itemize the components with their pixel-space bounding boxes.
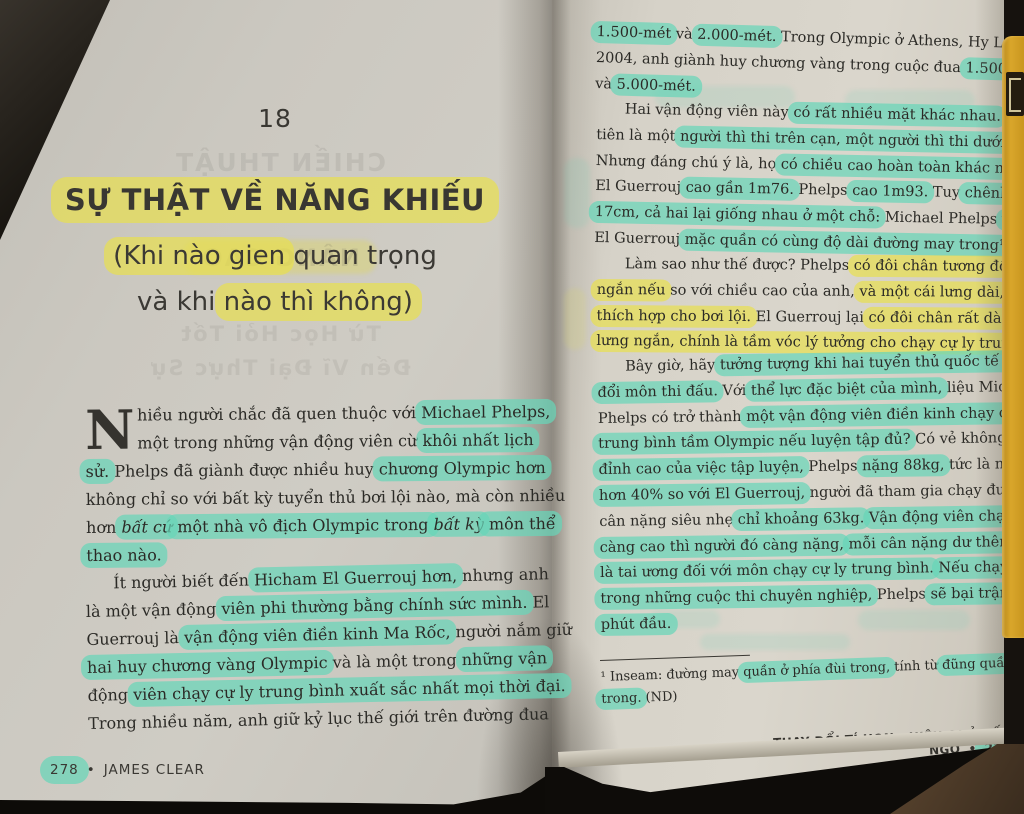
text-line: sử. Phelps đã giành được nhiều huy chươn… (85, 454, 527, 486)
highlight-cyan: có chiều cao hoàn toàn khác nhau. (775, 153, 1024, 180)
text-run: El Guerrouj (594, 230, 685, 248)
text-run: hiều người chắc đã quen thuộc với (137, 403, 421, 424)
text-run: và là một trong (327, 650, 462, 672)
highlight-cyan: 1.500-mét (959, 57, 1024, 81)
text-run: Phelps (872, 587, 930, 604)
highlight-cyan: vận động viên điền kinh Ma Rốc, (178, 619, 457, 650)
highlight-yellow: và một cái lưng dài, vô cùng (853, 281, 1024, 305)
text-run: Có vẻ không. Tại (910, 431, 1024, 449)
chapter-subtitle: (Khi nào gien quan trọngvà khi nào thì k… (40, 233, 510, 325)
text-run: cân nặng siêu nhẹ (599, 512, 738, 530)
highlight-yellow: (Khi nào gien (104, 237, 294, 275)
text-run: quan trọng (285, 241, 437, 271)
highlight-cyan: 2.000-mét. (691, 24, 783, 49)
footer-separator: • (87, 762, 96, 778)
text-line: một trong những vận động viên cừ khôi nh… (137, 426, 527, 457)
highlight-cyan: một nhà vô địch Olympic trong (166, 512, 440, 539)
author-name: JAMES CLEAR (104, 762, 205, 778)
book-photo: CHIẾN THUẬT NÂNG CAO Từ Học Hỏi Tốt Đến … (0, 0, 1024, 814)
highlight-cyan: trung bình tầm Olympic nếu luyện tập đủ? (592, 429, 917, 456)
chapter-title: SỰ THẬT VỀ NĂNG KHIẾU (40, 183, 510, 217)
highlight-cyan: 17cm, cả hai lại giống nhau ở một chỗ: (589, 201, 887, 229)
text-line: thích hợp cho bơi lội. El Guerrouj lại c… (596, 304, 1010, 333)
text-run: một trong những vận động viên cừ (137, 431, 422, 452)
text-run: Phelps đã giành được nhiều huy (109, 459, 379, 480)
highlight-cyan: khôi nhất lịch (416, 427, 539, 453)
chapter-number: 18 (40, 104, 510, 133)
text-run: Phelps có trở thành (598, 409, 747, 427)
highlight-cyan: đổi môn thi đấu. (591, 380, 724, 404)
text-run: động (87, 685, 133, 705)
text-run: (Đầu (1001, 109, 1024, 126)
text-run: người đã tham gia chạy đua với (805, 482, 1024, 501)
text-run: Hai vận động viên này (625, 102, 794, 121)
text-run: Bây giờ, hãy (625, 358, 720, 375)
text-run: El Guerrouj (595, 179, 686, 197)
highlight-cyan: trong. (595, 687, 648, 710)
text-run: ¹ Inseam: đường may (600, 665, 743, 685)
text-run: liệu Michael (942, 379, 1024, 396)
highlight-cyan: viên phi thường bằng chính sức mình. (215, 590, 534, 622)
text-run: tức là nặng (944, 456, 1024, 473)
highlight-cyan: có rất nhiều mặt khác nhau. (787, 102, 1007, 128)
highlight-cyan: hai huy chương vàng Olympic (81, 650, 334, 680)
text-run: không chỉ so với bất kỳ tuyển thủ bơi lộ… (86, 486, 566, 509)
highlight-cyan: Michael Phelps, (415, 399, 556, 425)
highlight-cyan: môn thể (478, 511, 562, 537)
highlight-cyan: đũng quần đến mắt cá chân (936, 648, 1024, 676)
right-page-body: 1.500-mét và 2.000-mét. Trong Olympic ở … (597, 20, 1011, 639)
paragraph: Nhiều người chắc đã quen thuộc với Micha… (85, 398, 528, 570)
paragraph: Ít người biết đến Hicham El Guerrouj hơn… (85, 561, 530, 738)
chapter-heading: 18 SỰ THẬT VỀ NĂNG KHIẾU (Khi nào gien q… (40, 104, 510, 325)
text-run: El (527, 592, 549, 611)
highlight-cyan: cao 1m93. (846, 181, 935, 205)
text-line: Làm sao như thế được? Phelps có đôi chân… (597, 252, 1011, 281)
paragraph: Làm sao như thế được? Phelps có đôi chân… (596, 252, 1011, 358)
highlight-cyan: là tai ương đối với môn chạy cự ly trung… (594, 558, 940, 585)
text-line: hơn bất cứ một nhà vô địch Olympic trong… (86, 510, 528, 542)
text-run: Trong nhiều năm, anh giữ kỷ lục thế giới… (88, 704, 549, 733)
highlight-cyan: chênh nhau (958, 183, 1024, 207)
text-line: hiều người chắc đã quen thuộc với Michae… (137, 398, 527, 429)
page-number-left: 278 (40, 756, 89, 784)
highlight-yellow: nào thì không) (215, 283, 422, 321)
highlight-yellow: có đôi chân tương đối (848, 255, 1019, 278)
page-number-right: 279 (974, 734, 1021, 762)
text-run: nhưng anh (457, 564, 549, 585)
text-run: Làm sao như thế được? Phelps (625, 256, 854, 274)
left-page-body: Nhiều người chắc đã quen thuộc với Micha… (85, 402, 527, 738)
highlight-cyan: tưởng tượng khi hai tuyển thủ quốc tế nà… (714, 350, 1024, 376)
text-run: so với chiều cao của anh, (665, 282, 859, 299)
text-run: El Guerrouj lại (751, 309, 869, 326)
text-run: Nhưng đáng chú ý là, họ (596, 153, 781, 173)
text-run: và khi (137, 287, 224, 317)
highlight-cyan: phút đầu. (595, 613, 678, 636)
highlight-cyan: thao nào. (80, 542, 167, 568)
highlight-cyan: 1.500-mét (590, 21, 677, 45)
text-run: Michael Phelps (880, 210, 1002, 228)
paragraph: Hai vận động viên này có rất nhiều mặt k… (594, 97, 1011, 260)
highlight-yellow: có đôi chân rất dài và (863, 307, 1024, 330)
text-run: Phelps (794, 183, 853, 200)
highlight-cyan: những vận (455, 645, 553, 672)
chapter-title-highlight: SỰ THẬT VỀ NĂNG KHIẾU (51, 177, 499, 223)
highlight-cyan: sẽ bại trận ngay (924, 582, 1024, 606)
paragraph: Bây giờ, hãy tưởng tượng khi hai tuyển t… (597, 350, 1015, 640)
paragraph: 1.500-mét và 2.000-mét. Trong Olympic ở … (595, 20, 1011, 109)
text-run: Guerrouj là (86, 628, 184, 649)
highlight-cyan: mỗi cân nặng dư thêm đều (842, 531, 1024, 556)
highlight-cyan: nặng 88kg, (856, 455, 951, 478)
text-run: người nắm giữ (450, 620, 572, 642)
text-run: là một vận động (86, 599, 222, 621)
text-line: (Khi nào gien quan trọng (40, 233, 510, 279)
text-run: Trong Olympic ở Athens, Hy Lạp (776, 29, 1021, 52)
text-run: (ND) (641, 689, 678, 705)
highlight-cyan: đỉnh cao của việc tập luyện, (592, 457, 810, 482)
highlight-cyan: trong những cuộc thi chuyên nghiệp, (594, 585, 878, 611)
text-run: Phelps (804, 459, 862, 476)
drop-cap: N (85, 405, 135, 455)
text-line: không chỉ so với bất kỳ tuyển thủ bơi lộ… (86, 482, 528, 514)
highlight-cyan: hơn 40% so với El Guerrouj, (593, 482, 811, 507)
text-line: ngắn nếu so với chiều cao của anh, và mộ… (597, 278, 1011, 307)
highlight-yellow: ngắn nếu (591, 279, 672, 302)
highlight-cyan: và Hicham (996, 209, 1024, 233)
highlight-yellow: thích hợp cho bơi lội. (590, 305, 757, 328)
highlight-cyan: chương Olympic hơn (373, 455, 552, 482)
highlight-cyan: quần ở phía đùi trong, (737, 657, 897, 684)
highlight-cyan: chỉ khoảng 63kg. (732, 507, 871, 531)
highlight-cyan: thể lực đặc biệt của mình, (745, 377, 949, 402)
text-run: tính từ (890, 658, 943, 675)
text-run: Ít người biết đến (113, 570, 254, 592)
highlight-cyan: Vận động viên chạy đua (863, 505, 1024, 530)
text-run: tiên là một (596, 127, 680, 145)
text-line: phút đầu. (601, 608, 1015, 640)
highlight-cyan: cao gần 1m76. (679, 177, 800, 201)
highlight-cyan: càng cao thì người đó càng nặng, (594, 533, 851, 559)
highlight-cyan: Nếu chạy đua (932, 556, 1024, 580)
highlight-cyan: 5.000-mét. (610, 73, 702, 98)
highlight-cyan: một vận động viên điền kinh chạy cự ly (740, 402, 1024, 428)
highlight-cyan: Hicham El Guerrouj hơn, (248, 563, 464, 593)
text-line: và khi nào thì không) (40, 279, 510, 325)
left-page-footer: 278•JAMES CLEAR (50, 762, 205, 778)
